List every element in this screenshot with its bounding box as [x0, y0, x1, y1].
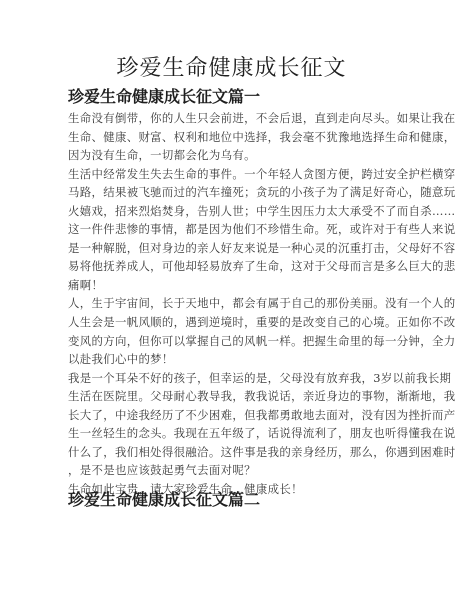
text-line: 生活在医院里。父母耐心教导我，教我说话，亲近身边的事物，渐渐地，我 — [68, 387, 398, 406]
section-heading-1: 珍爱生命健康成长征文篇一 — [68, 86, 260, 108]
text-line: 什么了，我们相处得很融洽。这件事是我的亲身经历，那么，你遇到困难时 — [68, 443, 398, 462]
section-heading-2: 珍爱生命健康成长征文篇二 — [68, 489, 260, 511]
text-line: 马路，结果被飞驰而过的汽车撞死；贪玩的小孩子为了满足好奇心，随意玩 — [68, 183, 398, 202]
text-line: 是一种解脱，但对身边的亲人好友来说是一种心灵的沉重打击，父母好不容 — [68, 239, 398, 258]
text-line: 变风的方向，但你可以掌握自己的风帆一样。把握生命里的每一分钟，全力 — [68, 332, 398, 351]
text-line: 易将他抚养成人，可他却轻易放弃了生命，这对于父母而言是多么巨大的悲 — [68, 257, 398, 276]
text-line: 生命、健康、财富、权利和地位中选择，我会毫不犹豫地选择生命和健康， — [68, 128, 398, 147]
text-line: 人生会是一帆风顺的，遇到逆境时，重要的是改变自己的心境。正如你不改 — [68, 313, 398, 332]
text-line: 生一丝轻生的念头。我现在五年级了，话说得流利了，朋友也听得懂我在说 — [68, 424, 398, 443]
text-line: 生命没有倒带，你的人生只会前进，不会后退，直到走向尽头。如果让我在 — [68, 109, 398, 128]
text-line: 长大了，中途我经历了不少困难，但我都勇敢地去面对，没有因为挫折而产 — [68, 406, 398, 425]
text-line: 火嬉戏，招来烈焰焚身，告别人世；中学生因压力太大承受不了而自杀…… — [68, 202, 398, 221]
text-line: ，是不是也应该鼓起勇气去面对呢？ — [68, 461, 398, 480]
text-line: 因为没有生命，一切都会化为乌有。 — [68, 146, 398, 165]
document-title: 珍爱生命健康成长征文 — [0, 54, 463, 84]
text-line: 以赴我们心中的梦！ — [68, 350, 398, 369]
text-line: 我是一个耳朵不好的孩子，但幸运的是，父母没有放弃我，3岁以前我长期 — [68, 369, 398, 388]
text-line: 这一件件悲惨的事情，都是因为他们不珍惜生命。死，或许对于有些人来说 — [68, 220, 398, 239]
text-line: 人，生于宇宙间，长于天地中，都会有属于自己的那份美丽。没有一个人的 — [68, 294, 398, 313]
document-page: 珍爱生命健康成长征文 珍爱生命健康成长征文篇一 生命没有倒带，你的人生只会前进，… — [0, 0, 463, 600]
text-line: 生活中经常发生失去生命的事件。一个年轻人贪图方便，跨过安全护栏横穿 — [68, 165, 398, 184]
section-1-body: 生命没有倒带，你的人生只会前进，不会后退，直到走向尽头。如果让我在生命、健康、财… — [68, 109, 398, 498]
text-line: 痛啊！ — [68, 276, 398, 295]
